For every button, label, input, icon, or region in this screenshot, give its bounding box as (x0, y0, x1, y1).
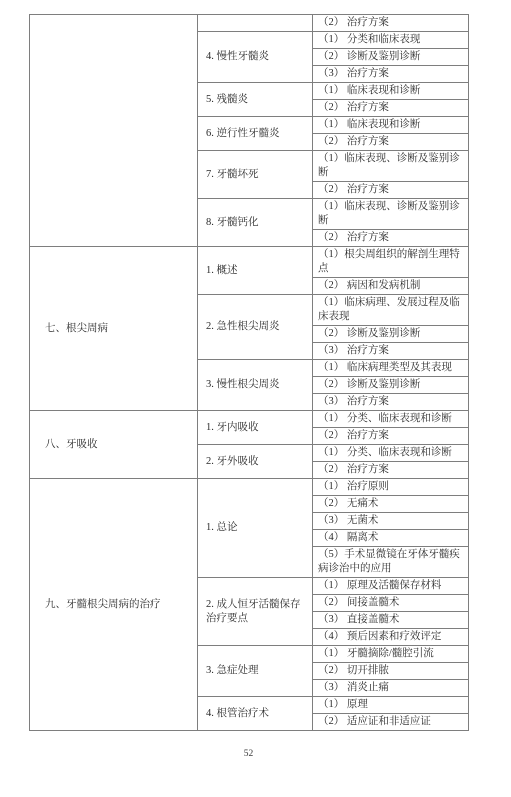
detail-cell: （1） 分类、临床表现和诊断 (313, 411, 469, 428)
detail-cell: （1）根尖周组织的解剖生理特点 (313, 247, 469, 278)
detail-cell: （2） 间接盖髓术 (313, 595, 469, 612)
section-title-cell: 九、牙髓根尖周病的治疗 (30, 479, 198, 731)
topic-cell: 1. 概述 (198, 247, 313, 295)
detail-cell: （2） 切开排脓 (313, 663, 469, 680)
topic-cell: 1. 总论 (198, 479, 313, 578)
topic-cell: 4. 慢性牙髓炎 (198, 32, 313, 83)
section-title-cell: 七、根尖周病 (30, 247, 198, 411)
detail-cell: （1） 牙髓摘除/髓腔引流 (313, 646, 469, 663)
detail-cell: （1） 临床病理类型及其表现 (313, 360, 469, 377)
detail-cell: （3） 消炎止痛 (313, 680, 469, 697)
detail-cell: （2） 治疗方案 (313, 134, 469, 151)
detail-cell: （1）临床病理、发展过程及临床表现 (313, 295, 469, 326)
detail-cell: （2） 诊断及鉴别诊断 (313, 49, 469, 66)
syllabus-table: （2） 治疗方案4. 慢性牙髓炎（1） 分类和临床表现（2） 诊断及鉴别诊断（3… (29, 14, 469, 731)
detail-cell: （3） 直接盖髓术 (313, 612, 469, 629)
detail-cell: （2） 诊断及鉴别诊断 (313, 377, 469, 394)
syllabus-table-body: （2） 治疗方案4. 慢性牙髓炎（1） 分类和临床表现（2） 诊断及鉴别诊断（3… (30, 15, 469, 731)
detail-cell: （2） 诊断及鉴别诊断 (313, 326, 469, 343)
detail-cell: （1）临床表现、诊断及鉴别诊断 (313, 151, 469, 182)
detail-cell: （3） 治疗方案 (313, 66, 469, 83)
topic-cell: 3. 慢性根尖周炎 (198, 360, 313, 411)
topic-cell: 2. 成人恒牙活髓保存治疗要点 (198, 578, 313, 646)
detail-cell: （1） 临床表现和诊断 (313, 117, 469, 134)
topic-cell (198, 15, 313, 32)
detail-cell: （3） 治疗方案 (313, 343, 469, 360)
detail-cell: （1） 原理 (313, 697, 469, 714)
table-row: （2） 治疗方案 (30, 15, 469, 32)
topic-cell: 7. 牙髓坏死 (198, 151, 313, 199)
detail-cell: （3） 治疗方案 (313, 394, 469, 411)
detail-cell: （2） 治疗方案 (313, 182, 469, 199)
table-row: 七、根尖周病1. 概述（1）根尖周组织的解剖生理特点 (30, 247, 469, 278)
topic-cell: 8. 牙髓钙化 (198, 199, 313, 247)
detail-cell: （4） 隔离术 (313, 530, 469, 547)
topic-cell: 3. 急症处理 (198, 646, 313, 697)
topic-cell: 6. 逆行性牙髓炎 (198, 117, 313, 151)
detail-cell: （2） 治疗方案 (313, 100, 469, 117)
detail-cell: （3） 无菌术 (313, 513, 469, 530)
detail-cell: （2） 治疗方案 (313, 462, 469, 479)
topic-cell: 4. 根管治疗术 (198, 697, 313, 731)
section-title-cell: 八、牙吸收 (30, 411, 198, 479)
detail-cell: （1） 分类、临床表现和诊断 (313, 445, 469, 462)
detail-cell: （2） 治疗方案 (313, 428, 469, 445)
detail-cell: （2） 病因和发病机制 (313, 278, 469, 295)
table-row: 八、牙吸收1. 牙内吸收（1） 分类、临床表现和诊断 (30, 411, 469, 428)
detail-cell: （5）手术显微镜在牙体牙髓疾病诊治中的应用 (313, 547, 469, 578)
page-number: 52 (29, 749, 468, 759)
detail-cell: （1） 分类和临床表现 (313, 32, 469, 49)
topic-cell: 2. 牙外吸收 (198, 445, 313, 479)
detail-cell: （2） 治疗方案 (313, 15, 469, 32)
topic-cell: 5. 残髓炎 (198, 83, 313, 117)
detail-cell: （2） 无痛术 (313, 496, 469, 513)
detail-cell: （1） 治疗原则 (313, 479, 469, 496)
detail-cell: （1） 临床表现和诊断 (313, 83, 469, 100)
detail-cell: （2） 适应证和非适应证 (313, 714, 469, 731)
detail-cell: （1） 原理及活髓保存材料 (313, 578, 469, 595)
detail-cell: （1）临床表现、诊断及鉴别诊断 (313, 199, 469, 230)
detail-cell: （2） 治疗方案 (313, 230, 469, 247)
detail-cell: （4） 预后因素和疗效评定 (313, 629, 469, 646)
table-row: 九、牙髓根尖周病的治疗1. 总论（1） 治疗原则 (30, 479, 469, 496)
topic-cell: 1. 牙内吸收 (198, 411, 313, 445)
section-title-cell (30, 15, 198, 247)
topic-cell: 2. 急性根尖周炎 (198, 295, 313, 360)
